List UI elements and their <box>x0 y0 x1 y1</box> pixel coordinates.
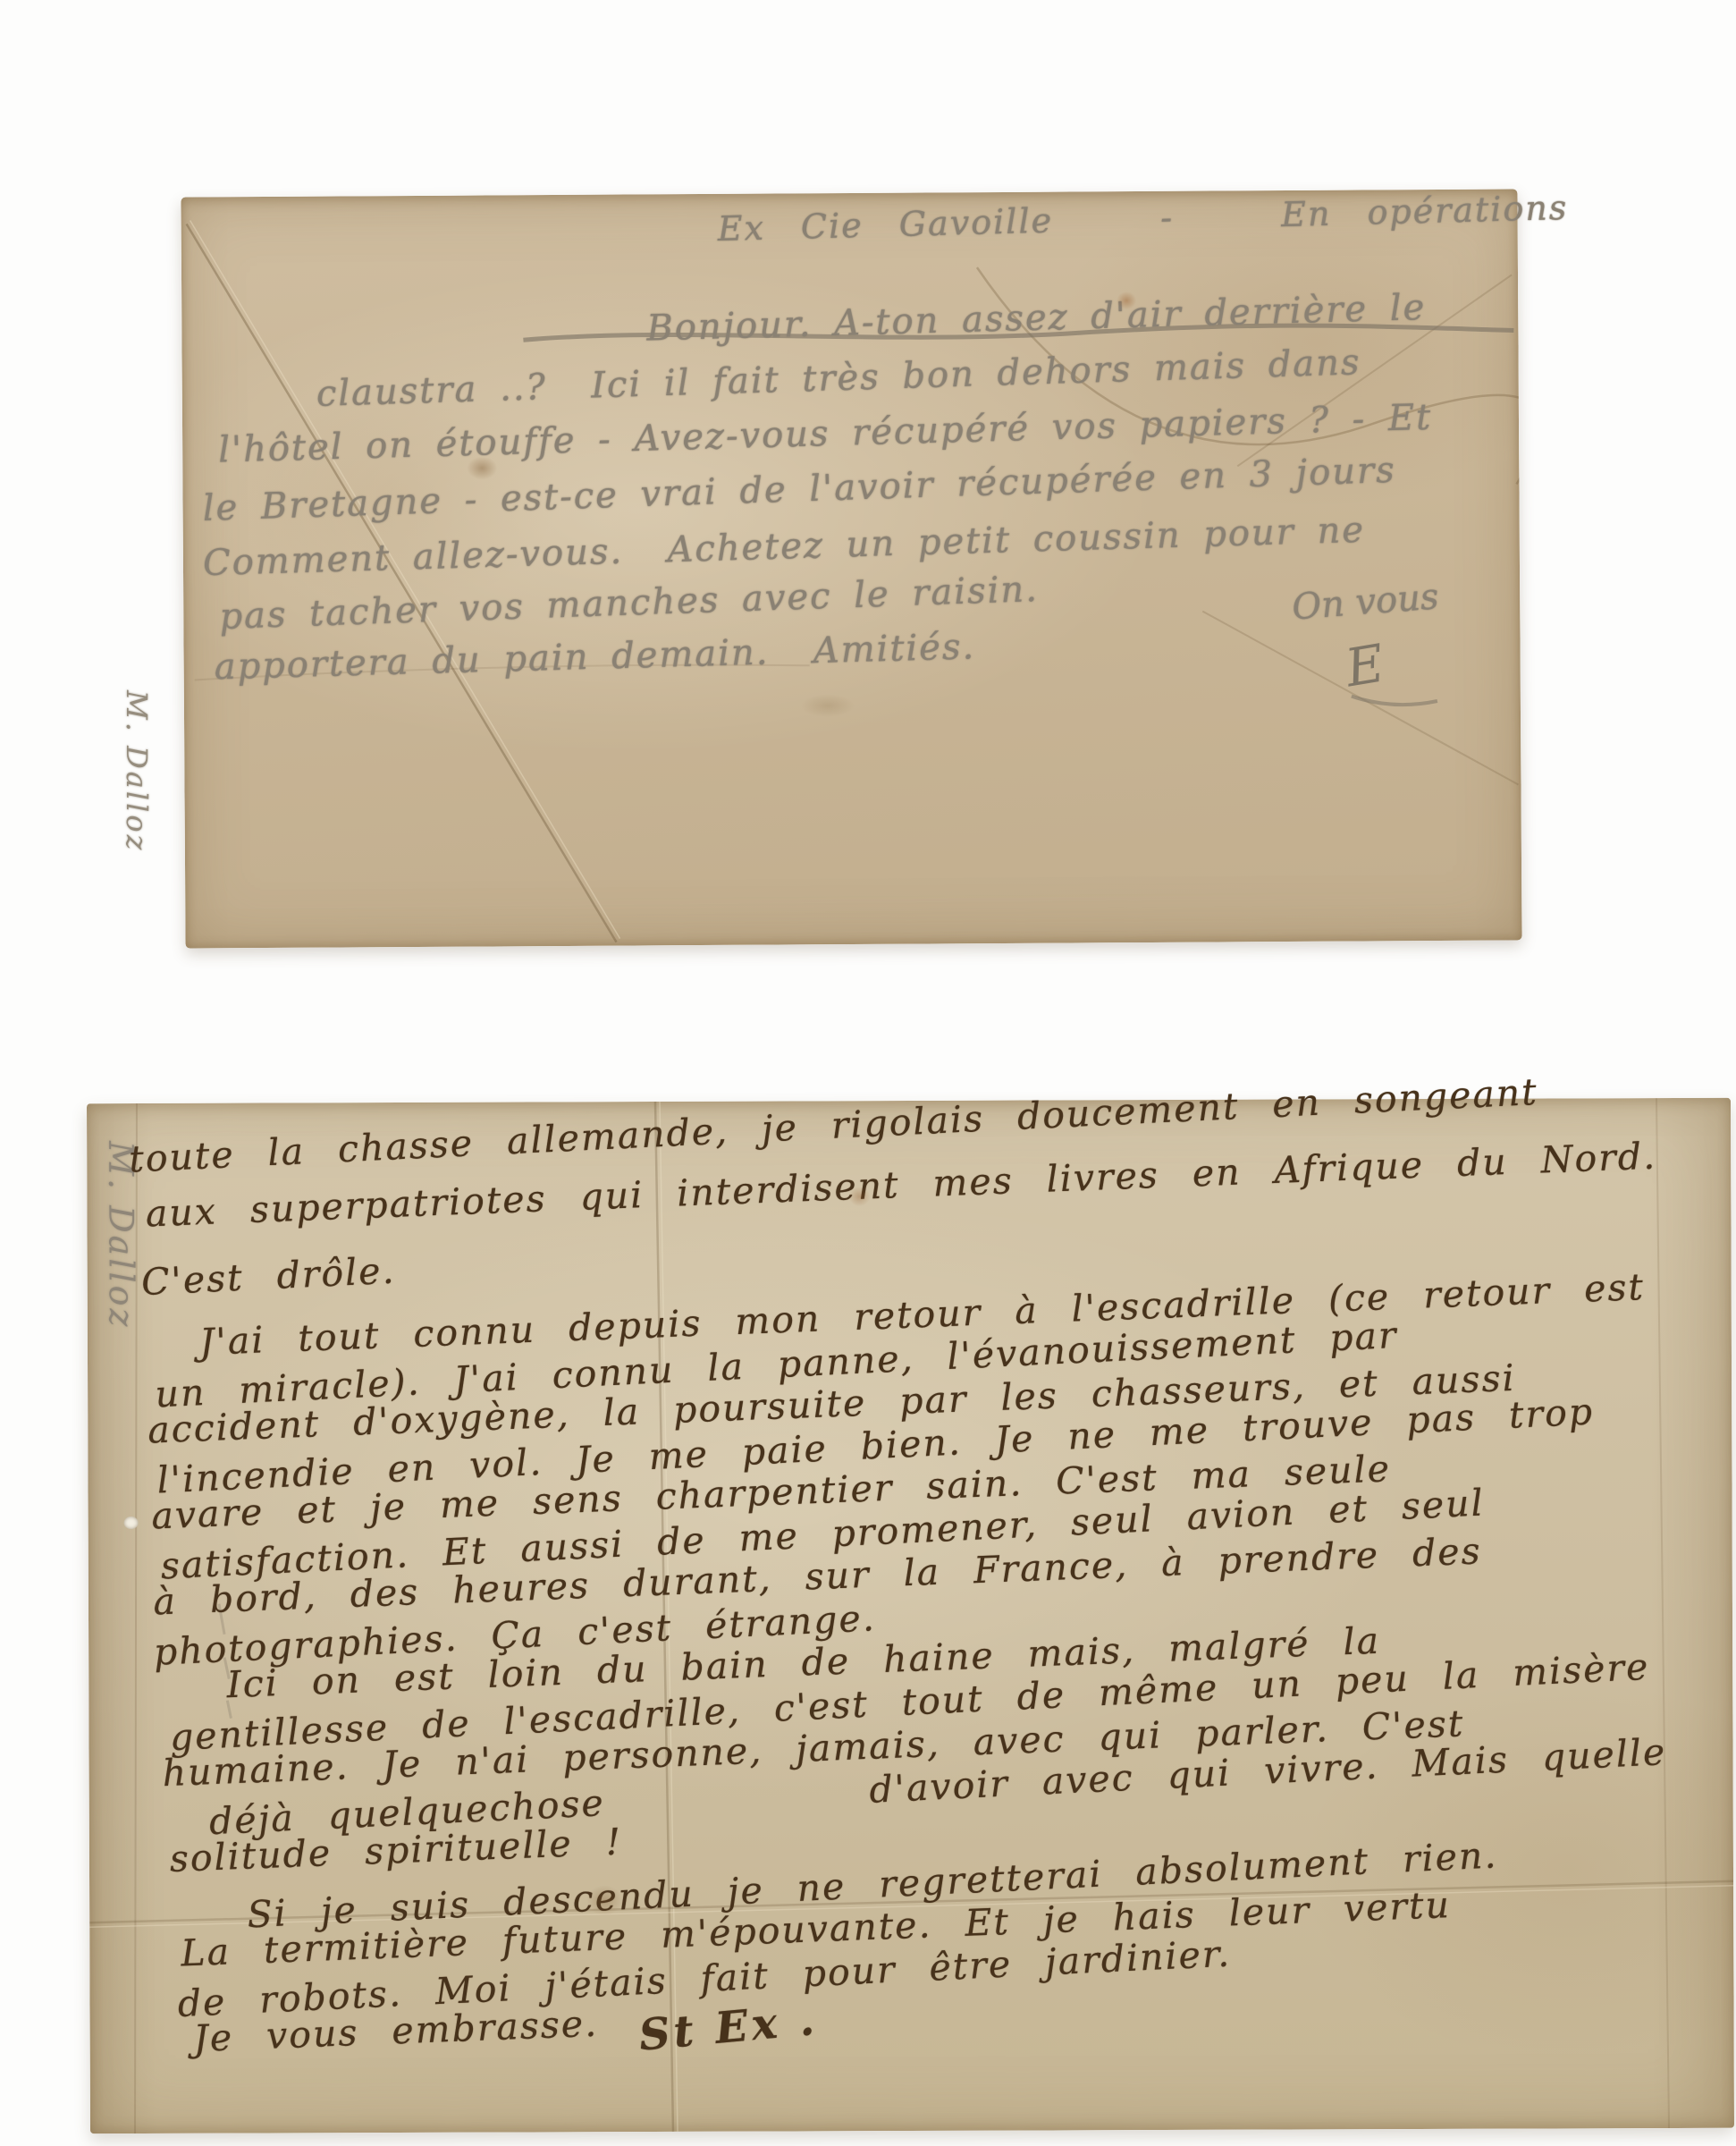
photo-background: Ex Cie Gavoille - En opérations Bonjour.… <box>0 0 1736 2146</box>
letter-page: M. Dalloz toute la chasse allemande, je … <box>87 1098 1734 2133</box>
letter-body: toute la chasse allemande, je rigolais d… <box>128 1067 1736 2065</box>
collector-annotation: M. Dalloz <box>120 690 154 852</box>
envelope-back: Ex Cie Gavoille - En opérations Bonjour.… <box>181 189 1521 948</box>
